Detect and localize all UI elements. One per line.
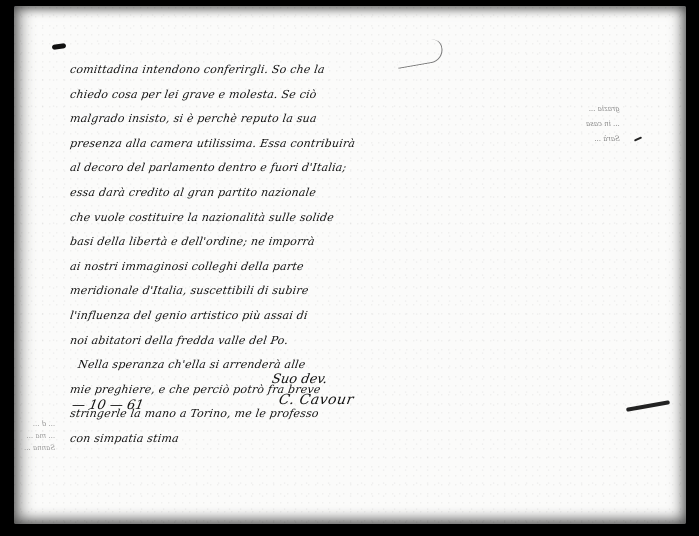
- letter-line: presenza alla camera utilissima. Essa co…: [68, 132, 371, 157]
- letter-line: noi abitatori della fredda valle del Po.: [68, 329, 371, 354]
- letter-line: ai nostri immaginosi colleghi della part…: [68, 255, 371, 280]
- letter-line: al decoro del parlamento dentro e fuori …: [68, 156, 371, 181]
- ink-blot: [52, 43, 67, 50]
- bleed-through-text-left: ... d ... ... ma ... Sanna ...: [24, 418, 55, 454]
- letter-signature: C. Cavour: [278, 392, 356, 408]
- letter-line: malgrado insisto, si è perchè reputo la …: [68, 107, 371, 132]
- letter-line: meridionale d'Italia, suscettibili di su…: [68, 279, 371, 304]
- letter-closing: Suo dev.: [271, 372, 329, 387]
- bleed-line: Sarà ...: [586, 132, 620, 147]
- pencil-mark: [394, 38, 444, 69]
- letter-line: con simpatia stima: [68, 427, 371, 452]
- ink-smudge: [634, 136, 642, 141]
- bleed-line: Sanna ...: [24, 442, 55, 454]
- bleed-line: grazia ...: [586, 102, 620, 117]
- letter-line: che vuole costituire la nazionalità sull…: [68, 206, 371, 231]
- bleed-through-text-right: grazia ... ... in casa Sarà ...: [586, 102, 620, 147]
- letter-page: comittadina intendono conferirgli. So ch…: [14, 6, 686, 524]
- letter-line: basi della libertà e dell'ordine; ne imp…: [68, 230, 371, 255]
- bleed-line: ... ma ...: [24, 430, 55, 442]
- bleed-line: ... in casa: [586, 117, 620, 132]
- letter-date: — 10 — 61: [71, 398, 145, 413]
- letter-line: comittadina intendono conferirgli. So ch…: [68, 58, 371, 83]
- letter-line: l'influenza del genio artistico più assa…: [68, 304, 371, 329]
- letter-line: chiedo cosa per lei grave e molesta. Se …: [68, 83, 371, 108]
- ink-smudge: [626, 400, 670, 412]
- bleed-line: ... d ...: [24, 418, 55, 430]
- letter-line: essa darà credito al gran partito nazion…: [68, 181, 371, 206]
